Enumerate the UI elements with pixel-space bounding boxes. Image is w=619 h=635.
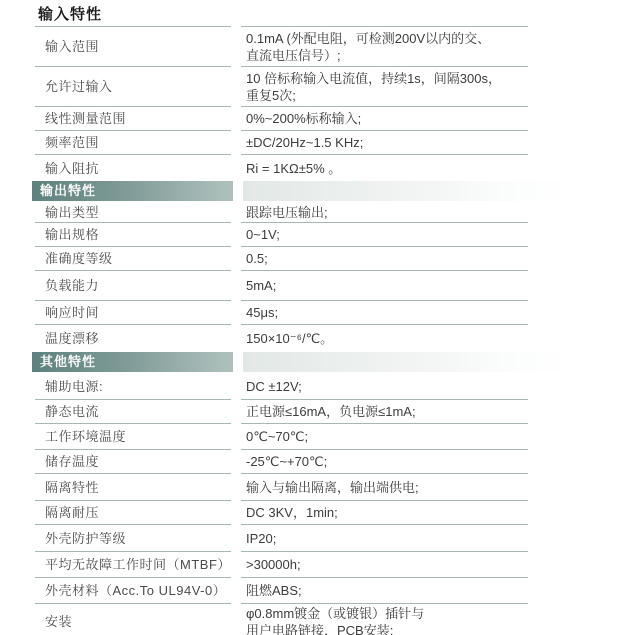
spec-label: 温度漂移 [35,325,231,352]
spec-value: ±DC/20Hz~1.5 KHz; [241,131,528,155]
spec-value: 0.1mA (外配电阻，可检测200V以内的交、 直流电压信号）; [241,27,528,67]
spec-value: 阻燃ABS; [241,578,528,604]
spec-value: >30000h; [241,552,528,578]
spec-label: 准确度等级 [35,247,231,271]
table-row-input-impedance: 输入阻抗 Ri = 1KΩ±5% 。 [35,155,568,181]
spec-value: 输入与输出隔离，输出端供电; [241,474,528,501]
spec-label: 输出类型 [35,202,231,223]
spec-label: 响应时间 [35,301,231,325]
spec-label: 储存温度 [35,450,231,474]
table-row-aux-power: 辅助电源: DC ±12V; [35,373,568,400]
spec-value: 0~1V; [241,223,528,247]
spec-value: DC ±12V; [241,373,528,400]
section-header-output: 输出特性 [32,181,568,201]
spec-value: 0.5; [241,247,528,271]
spec-label: 辅助电源: [35,373,231,400]
table-row-response-time: 响应时间 45μs; [35,301,568,325]
section-title-output: 输出特性 [32,181,233,201]
spec-value: 0℃~70℃; [241,424,528,450]
table-row-load-capacity: 负载能力 5mA; [35,271,568,301]
table-row-ip-rating: 外壳防护等级 IP20; [35,525,568,552]
table-row-operating-temp: 工作环境温度 0℃~70℃; [35,424,568,450]
section-bar-fade [243,181,568,201]
section-bar-fade [243,352,568,372]
table-row-temp-drift: 温度漂移 150×10⁻⁶/℃。 [35,325,568,352]
table-row-isolation-voltage: 隔离耐压 DC 3KV，1min; [35,501,568,525]
table-row-frequency-range: 频率范围 ±DC/20Hz~1.5 KHz; [35,131,568,155]
spec-label: 隔离特性 [35,474,231,501]
section-title-input: 输入特性 [35,0,231,27]
spec-label: 外壳防护等级 [35,525,231,552]
spec-value: 正电源≤16mA，负电源≤1mA; [241,400,528,424]
section-title-other: 其他特性 [32,352,233,372]
spec-label: 静态电流 [35,400,231,424]
spec-value: IP20; [241,525,528,552]
spec-value: 10 倍标称输入电流值，持续1s，间隔300s， 重复5次; [241,67,528,107]
spec-label: 输出规格 [35,223,231,247]
table-row-accuracy-class: 准确度等级 0.5; [35,247,568,271]
table-row-input-range: 输入范围 0.1mA (外配电阻，可检测200V以内的交、 直流电压信号）; [35,27,568,67]
spec-value: -25℃~+70℃; [241,450,528,474]
table-row-case-material: 外壳材料（Acc.To UL94V-0） 阻燃ABS; [35,578,568,604]
spec-label: 负载能力 [35,271,231,301]
spec-label: 输入范围 [35,27,231,67]
spec-value: 跟踪电压输出; [241,202,528,223]
table-row-output-spec: 输出规格 0~1V; [35,223,568,247]
spec-value: 45μs; [241,301,528,325]
spec-label: 频率范围 [35,131,231,155]
table-row-isolation: 隔离特性 输入与输出隔离，输出端供电; [35,474,568,501]
spec-value: 5mA; [241,271,528,301]
heading-spacer [241,0,528,27]
spec-table: 输入特性 输入范围 0.1mA (外配电阻，可检测200V以内的交、 直流电压信… [35,0,568,635]
spec-value: 0%~200%标称输入; [241,107,528,131]
spec-label: 允许过输入 [35,67,231,107]
spec-value: DC 3KV，1min; [241,501,528,525]
section-heading-input: 输入特性 [35,0,568,27]
spec-label: 平均无故障工作时间（MTBF） [35,552,231,578]
spec-label: 隔离耐压 [35,501,231,525]
spec-label: 外壳材料（Acc.To UL94V-0） [35,578,231,604]
table-row-linear-range: 线性测量范围 0%~200%标称输入; [35,107,568,131]
spec-value: 150×10⁻⁶/℃。 [241,325,528,352]
table-row-storage-temp: 储存温度 -25℃~+70℃; [35,450,568,474]
spec-label: 安装 [35,604,231,635]
table-row-output-type: 输出类型 跟踪电压输出; [35,202,568,223]
section-header-other: 其他特性 [32,352,568,372]
table-row-overload-input: 允许过输入 10 倍标称输入电流值，持续1s，间隔300s， 重复5次; [35,67,568,107]
table-row-quiescent-current: 静态电流 正电源≤16mA，负电源≤1mA; [35,400,568,424]
spec-label: 输入阻抗 [35,155,231,181]
spec-label: 线性测量范围 [35,107,231,131]
table-row-mounting: 安装 φ0.8mm镀金（或镀银）插针与 用户电路链接，PCB安装; [35,604,568,635]
spec-value: φ0.8mm镀金（或镀银）插针与 用户电路链接，PCB安装; [241,604,528,635]
table-row-mtbf: 平均无故障工作时间（MTBF） >30000h; [35,552,568,578]
spec-value: Ri = 1KΩ±5% 。 [241,155,528,181]
spec-label: 工作环境温度 [35,424,231,450]
